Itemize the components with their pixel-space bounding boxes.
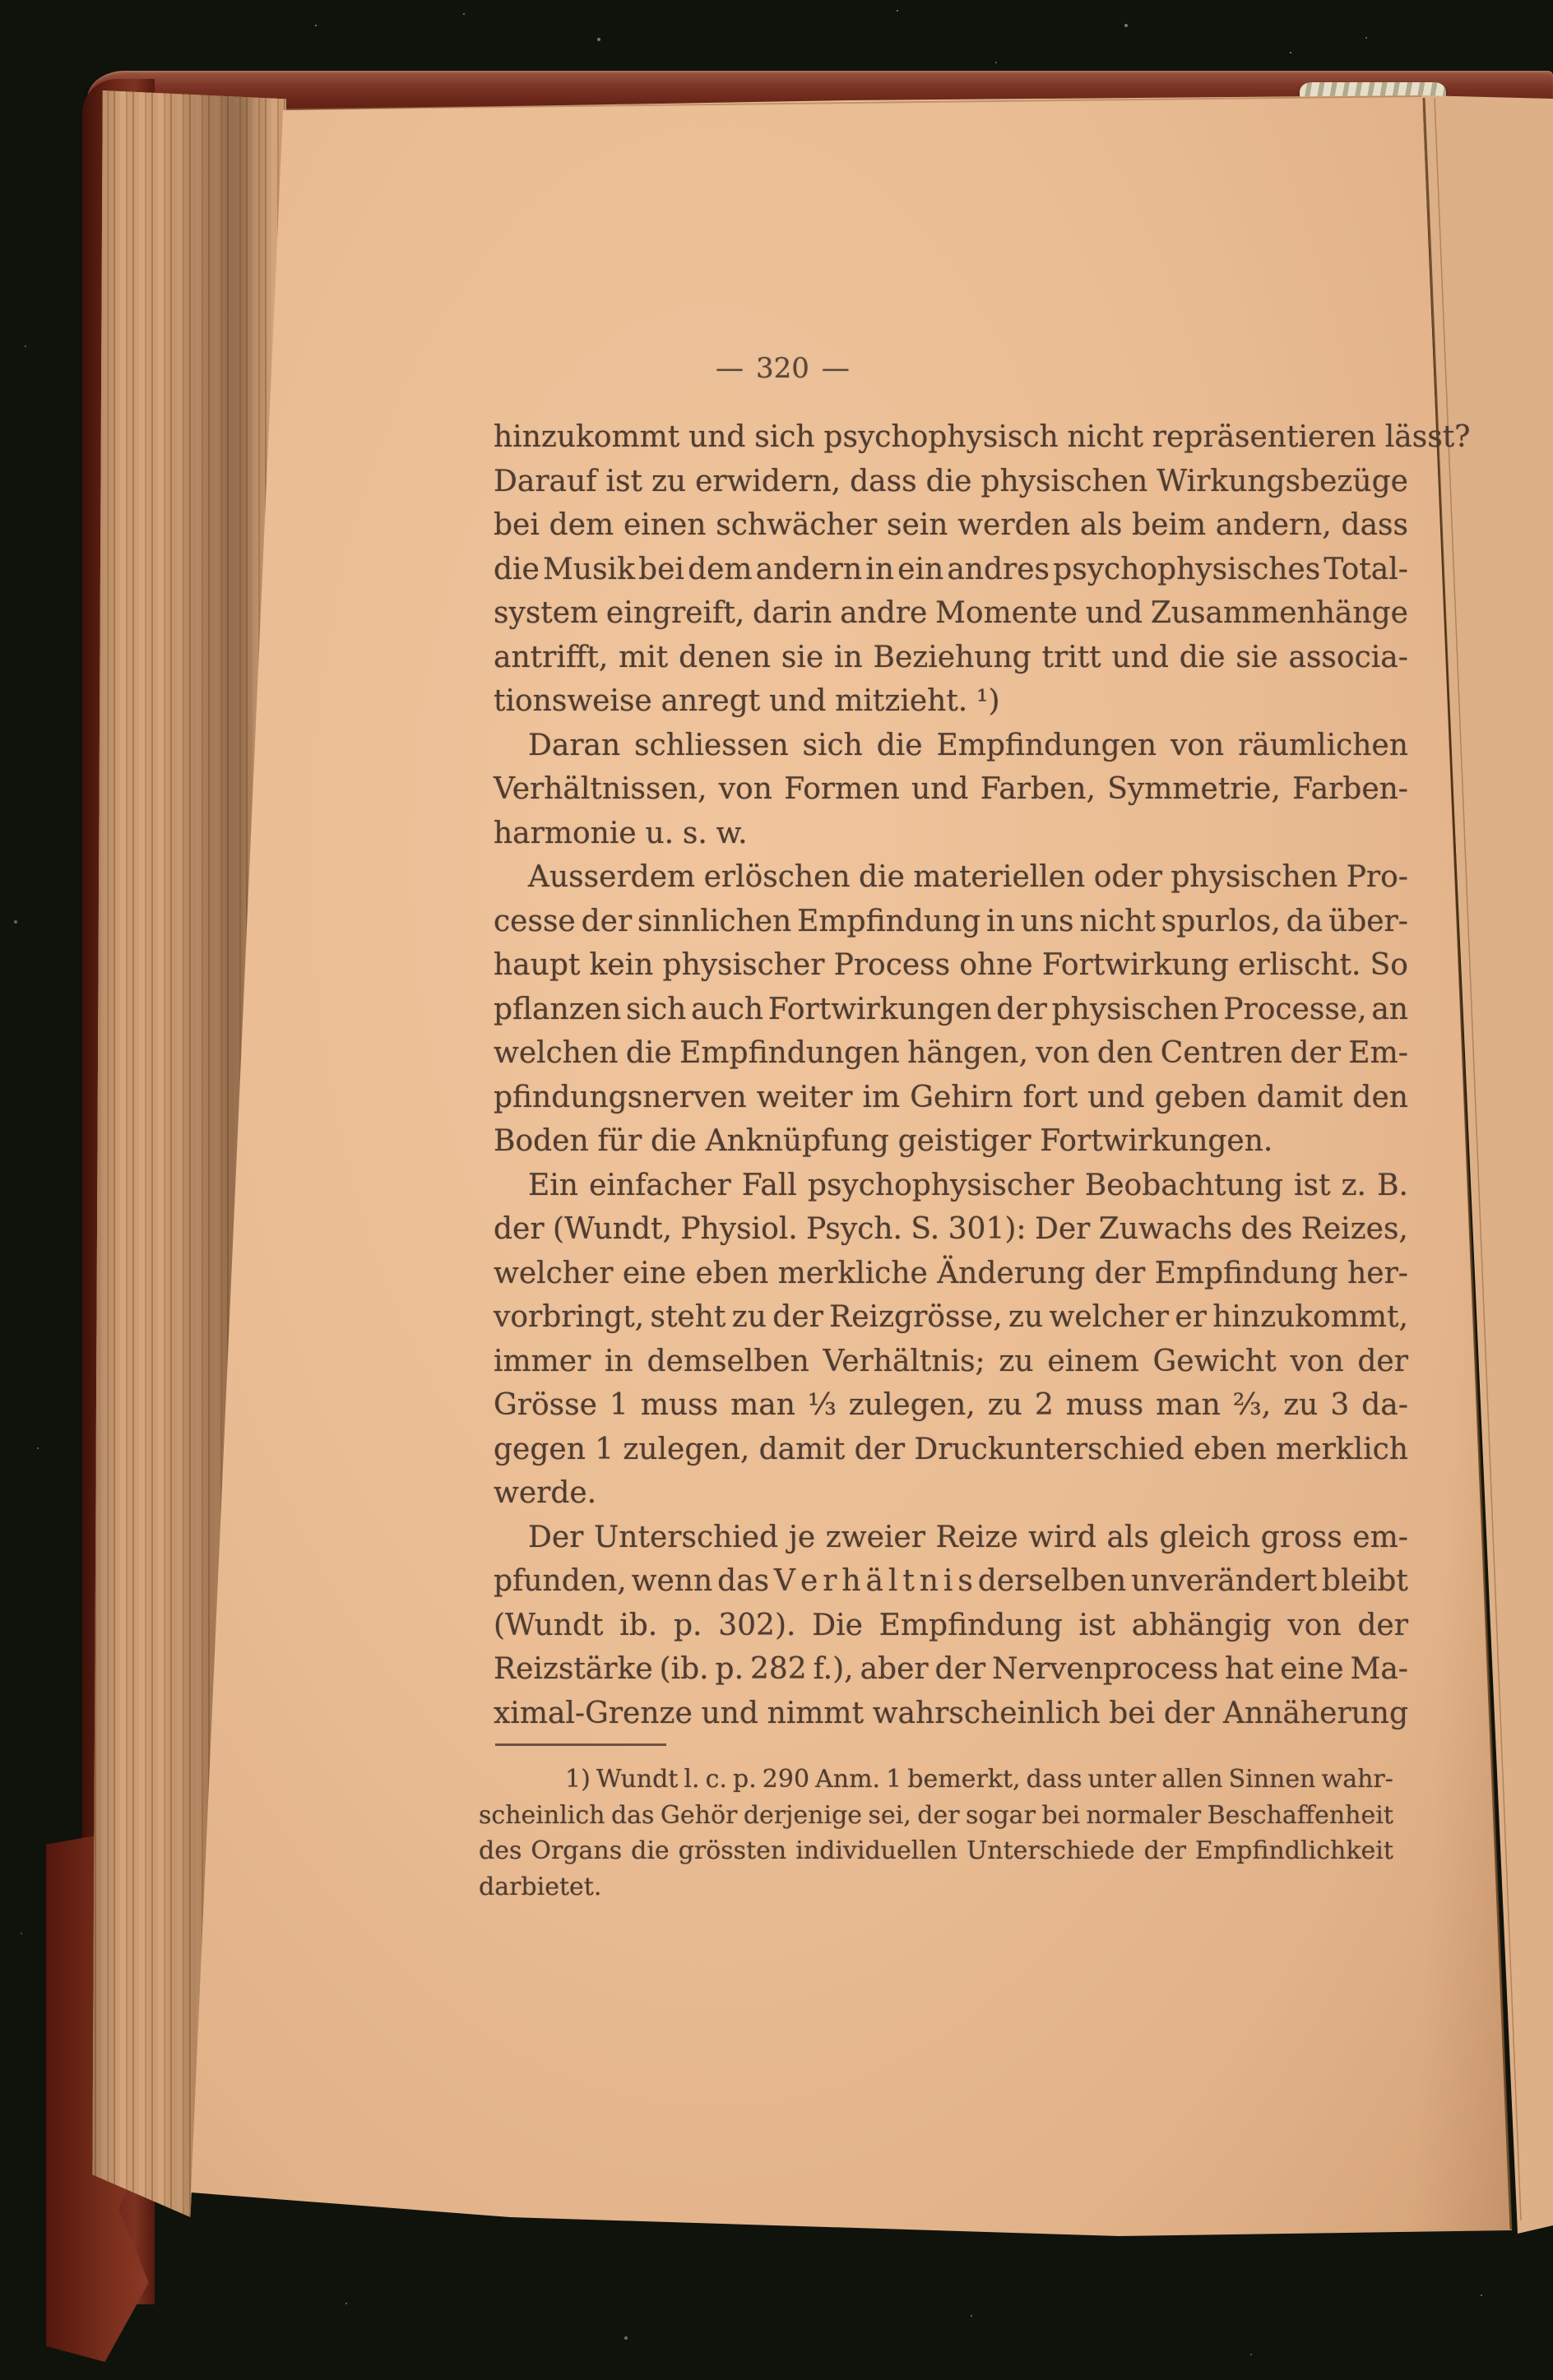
text-line: Verhältnissen,vonFormenundFarben,Symmetr… [494,767,1408,812]
text-line: der(Wundt,Physiol.Psych.S.301):DerZuwach… [494,1207,1408,1252]
text-line: dieMusikbeidemandernineinandrespsychophy… [494,548,1408,592]
text-line: tionsweiseanregtundmitzieht.¹) [494,679,1408,724]
text-line: ximal-Grenzeundnimmtwahrscheinlichbeider… [494,1692,1408,1736]
text-line: welchendieEmpfindungenhängen,vondenCentr… [494,1031,1408,1076]
text-line: hinzukommtundsichpsychophysischnichtrepr… [494,415,1408,460]
footnote-rule [495,1743,666,1746]
body-text: hinzukommtundsichpsychophysischnichtrepr… [494,415,1408,1735]
text-line: Reizstärke(ib.p.282f.),aberderNervenproc… [494,1647,1408,1692]
text-line: DerUnterschiedjezweierReizewirdalsgleich… [494,1516,1408,1560]
text-line: 1)Wundtl.c.p.290Anm.1bemerkt,dassunteral… [479,1762,1393,1798]
text-line: cessedersinnlichenEmpfindunginunsnichtsp… [494,900,1408,944]
text-line: DaranschliessensichdieEmpfindungenvonräu… [494,724,1408,768]
header-left-dash: — [716,352,744,385]
dust-specks [315,25,317,26]
text-line: scheinlichdasGehörderjenigesei,dersogarb… [479,1798,1393,1834]
footnote: 1)Wundtl.c.p.290Anm.1bemerkt,dassunteral… [479,1762,1393,1905]
text-line: (Wundtib.p.302).DieEmpfindungistabhängig… [494,1604,1408,1648]
text-line: desOrgansdiegrösstenindividuellenUntersc… [479,1833,1393,1869]
text-line: welchereineebenmerklicheÄnderungderEmpfi… [494,1252,1408,1296]
text-line: harmonieu.s.w. [494,812,1408,856]
text-line: Daraufistzuerwidern,dassdiephysischenWir… [494,460,1408,504]
text-line: Grösse1mussman¹⁄₃zulegen,zu2mussman²⁄₃,z… [494,1383,1408,1428]
text-line: darbietet. [479,1869,1393,1905]
book-photo: — 320 — hinzukommtundsichpsychophysischn… [0,0,1553,2380]
text-line: gegen1zulegen,damitderDruckunterschiedeb… [494,1428,1408,1472]
text-line: immerindemselbenVerhältnis;zueinemGewich… [494,1340,1408,1384]
text-line: werde. [494,1471,1408,1516]
text-line: vorbringt,stehtzuderReizgrösse,zuwelcher… [494,1295,1408,1340]
text-line: Ausserdemerlöschendiemateriellenoderphys… [494,855,1408,900]
page-number: 320 [756,352,809,385]
text-line: hauptkeinphysischerProcessohneFortwirkun… [494,943,1408,988]
text-line: antrifft,mitdenensieinBeziehungtrittundd… [494,636,1408,680]
text-line: pflanzensichauchFortwirkungenderphysisch… [494,988,1408,1032]
text-line: systemeingreift,darinandreMomenteundZusa… [494,591,1408,636]
header-right-dash: — [822,352,850,385]
page-header: — 320 — [716,352,850,385]
text-line: pfunden,wenndasVerhältnisderselbenunverä… [494,1559,1408,1604]
text-line: EineinfacherFallpsychophysischerBeobacht… [494,1164,1408,1208]
text-line: BodenfürdieAnknüpfunggeistigerFortwirkun… [494,1119,1408,1164]
text-line: pfindungsnervenweiterimGehirnfortundgebe… [494,1076,1408,1120]
text-line: beidemeinenschwächerseinwerdenalsbeimand… [494,503,1408,548]
